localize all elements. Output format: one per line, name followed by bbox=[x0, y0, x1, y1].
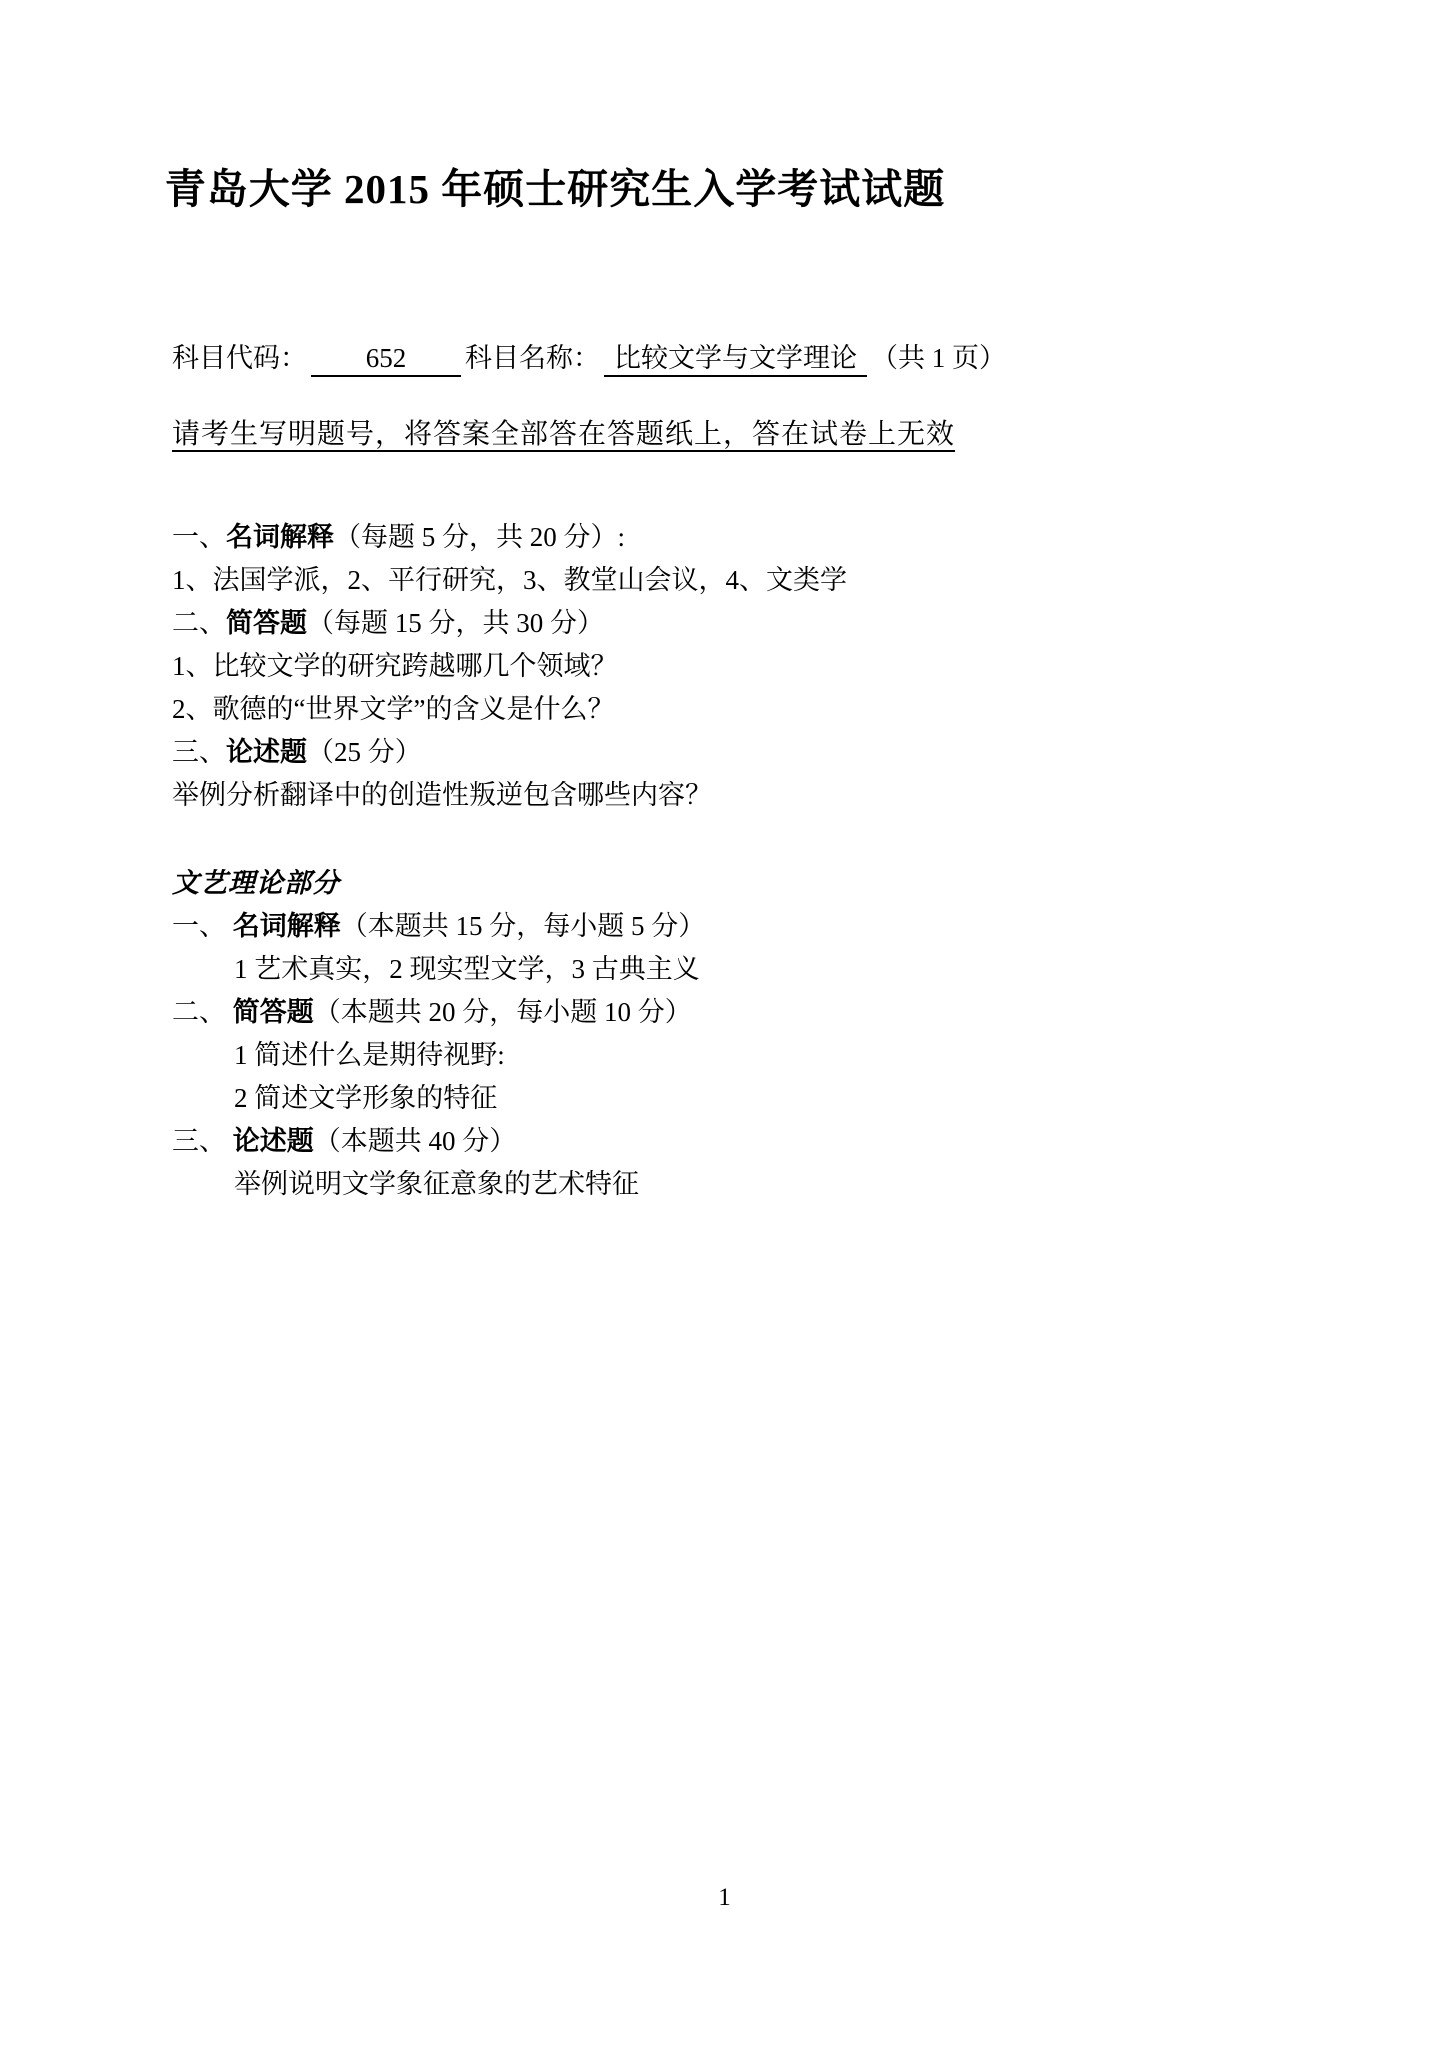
section-points: （本题共 20 分，每小题 10 分） bbox=[314, 997, 692, 1027]
section-title: 名词解释 bbox=[233, 911, 341, 941]
part2-heading: 文艺理论部分 bbox=[172, 862, 992, 905]
question-line: 1 艺术真实，2 现实型文学，3 古典主义 bbox=[172, 948, 992, 991]
subject-meta-line: 科目代码：652科目名称：比较文学与文学理论（共 1 页） bbox=[172, 336, 1006, 377]
question-line: 2、歌德的“世界文学”的含义是什么？ bbox=[172, 688, 992, 731]
question-line: 1 简述什么是期待视野: bbox=[172, 1034, 992, 1077]
section-heading: 一、 名词解释（本题共 15 分，每小题 5 分） bbox=[172, 905, 992, 948]
page-count-note: （共 1 页） bbox=[871, 343, 1006, 373]
section-heading: 二、 简答题（本题共 20 分，每小题 10 分） bbox=[172, 991, 992, 1034]
section-title: 名词解释 bbox=[226, 522, 334, 552]
section-title: 简答题 bbox=[226, 608, 307, 638]
section-number: 二、 bbox=[172, 608, 226, 638]
subject-name-label: 科目名称： bbox=[465, 343, 600, 373]
comparative-literature-part: 一、名词解释（每题 5 分，共 20 分）: 1、法国学派，2、平行研究，3、教… bbox=[172, 516, 992, 817]
answer-sheet-notice: 请考生写明题号，将答案全部答在答题纸上，答在试卷上无效 bbox=[172, 412, 955, 452]
section-heading: 二、简答题（每题 15 分，共 30 分） bbox=[172, 602, 992, 645]
section-points: （每题 5 分，共 20 分）: bbox=[334, 522, 625, 552]
literary-theory-part: 文艺理论部分 一、 名词解释（本题共 15 分，每小题 5 分） 1 艺术真实，… bbox=[172, 862, 992, 1206]
section-number: 二、 bbox=[172, 997, 233, 1027]
section-title: 论述题 bbox=[233, 1126, 314, 1156]
subject-code-label: 科目代码： bbox=[172, 343, 307, 373]
section-heading: 一、名词解释（每题 5 分，共 20 分）: bbox=[172, 516, 992, 559]
question-line: 1、法国学派，2、平行研究，3、教堂山会议，4、文类学 bbox=[172, 559, 992, 602]
question-line: 举例说明文学象征意象的艺术特征 bbox=[172, 1163, 992, 1206]
page-number: 1 bbox=[0, 1884, 1449, 1912]
section-heading: 三、 论述题（本题共 40 分） bbox=[172, 1120, 992, 1163]
subject-code-value: 652 bbox=[311, 341, 461, 377]
exam-paper-page: 青岛大学 2015 年硕士研究生入学考试试题 科目代码：652科目名称：比较文学… bbox=[0, 0, 1449, 2048]
section-number: 三、 bbox=[172, 737, 226, 767]
section-points: （本题共 40 分） bbox=[314, 1126, 517, 1156]
question-line: 举例分析翻译中的创造性叛逆包含哪些内容？ bbox=[172, 774, 992, 817]
question-line: 1、比较文学的研究跨越哪几个领域？ bbox=[172, 645, 992, 688]
exam-title: 青岛大学 2015 年硕士研究生入学考试试题 bbox=[150, 156, 960, 215]
question-line: 2 简述文学形象的特征 bbox=[172, 1077, 992, 1120]
section-number: 一、 bbox=[172, 911, 233, 941]
section-title: 论述题 bbox=[226, 737, 307, 767]
section-number: 三、 bbox=[172, 1126, 233, 1156]
section-number: 一、 bbox=[172, 522, 226, 552]
section-heading: 三、论述题（25 分） bbox=[172, 731, 992, 774]
section-points: （每题 15 分，共 30 分） bbox=[307, 608, 604, 638]
section-title: 简答题 bbox=[233, 997, 314, 1027]
subject-name-value: 比较文学与文学理论 bbox=[604, 341, 867, 377]
section-points: （25 分） bbox=[307, 737, 422, 767]
section-points: （本题共 15 分，每小题 5 分） bbox=[341, 911, 706, 941]
